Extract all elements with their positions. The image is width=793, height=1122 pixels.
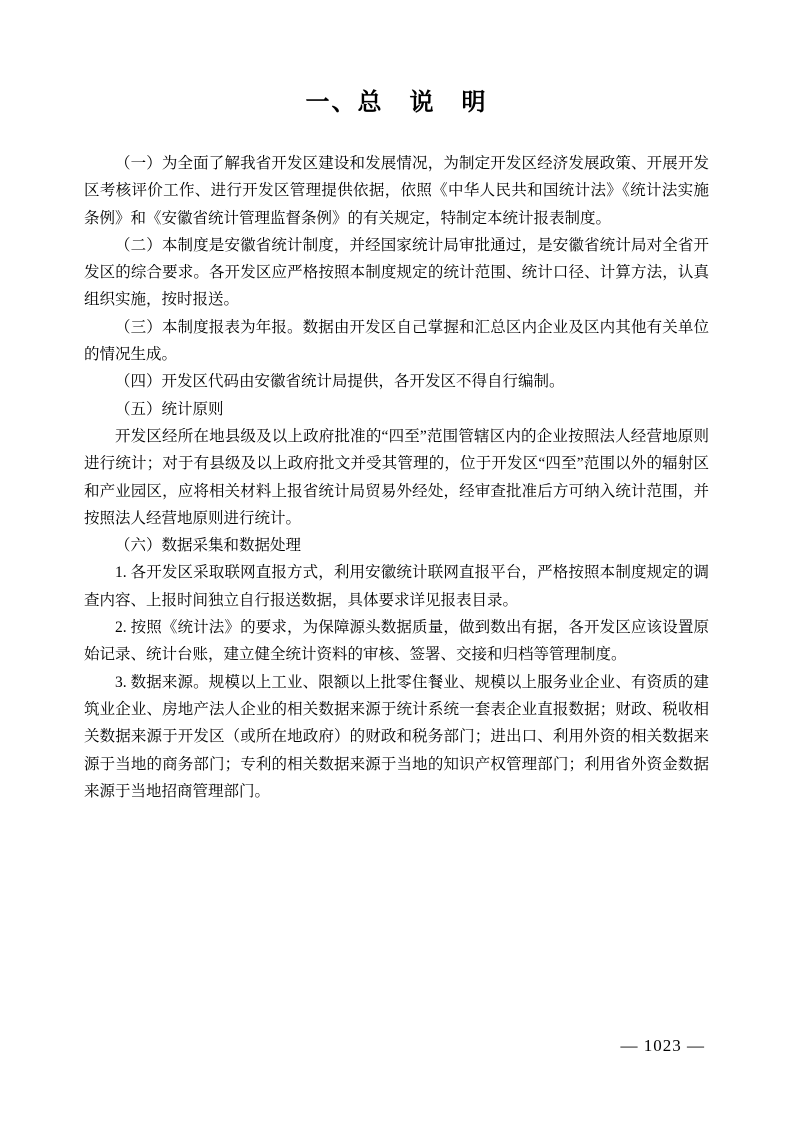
- paragraph-1-purpose: （一）为全面了解我省开发区建设和发展情况，为制定开发区经济发展政策、开展开发区考…: [84, 150, 709, 232]
- paragraph-7-data-collection-heading: （六）数据采集和数据处理: [84, 532, 709, 559]
- paragraph-8-item-1-online-reporting: 1. 各开发区采取联网直报方式，利用安徽统计联网直报平台，严格按照本制度规定的调…: [84, 559, 709, 614]
- paragraph-2-system: （二）本制度是安徽省统计制度，并经国家统计局审批通过，是安徽省统计局对全省开发区…: [84, 232, 709, 314]
- paragraph-6-statistical-principle-body: 开发区经所在地县级及以上政府批准的“四至”范围管辖区内的企业按照法人经营地原则进…: [84, 423, 709, 532]
- paragraph-4-zone-code: （四）开发区代码由安徽省统计局提供，各开发区不得自行编制。: [84, 368, 709, 395]
- document-page: 一、总 说 明 （一）为全面了解我省开发区建设和发展情况，为制定开发区经济发展政…: [0, 0, 793, 1122]
- document-content: 一、总 说 明 （一）为全面了解我省开发区建设和发展情况，为制定开发区经济发展政…: [0, 0, 793, 805]
- paragraph-10-item-3-data-sources: 3. 数据来源。规模以上工业、限额以上批零住餐业、规模以上服务业企业、有资质的建…: [84, 669, 709, 805]
- paragraph-3-annual-report: （三）本制度报表为年报。数据由开发区自己掌握和汇总区内企业及区内其他有关单位的情…: [84, 314, 709, 369]
- page-title: 一、总 说 明: [84, 0, 709, 118]
- paragraph-5-statistical-principle-heading: （五）统计原则: [84, 396, 709, 423]
- document-body: （一）为全面了解我省开发区建设和发展情况，为制定开发区经济发展政策、开展开发区考…: [84, 150, 709, 805]
- page-number: — 1023 —: [621, 1036, 706, 1056]
- paragraph-9-item-2-statistics-law: 2. 按照《统计法》的要求，为保障源头数据质量，做到数出有据，各开发区应该设置原…: [84, 614, 709, 669]
